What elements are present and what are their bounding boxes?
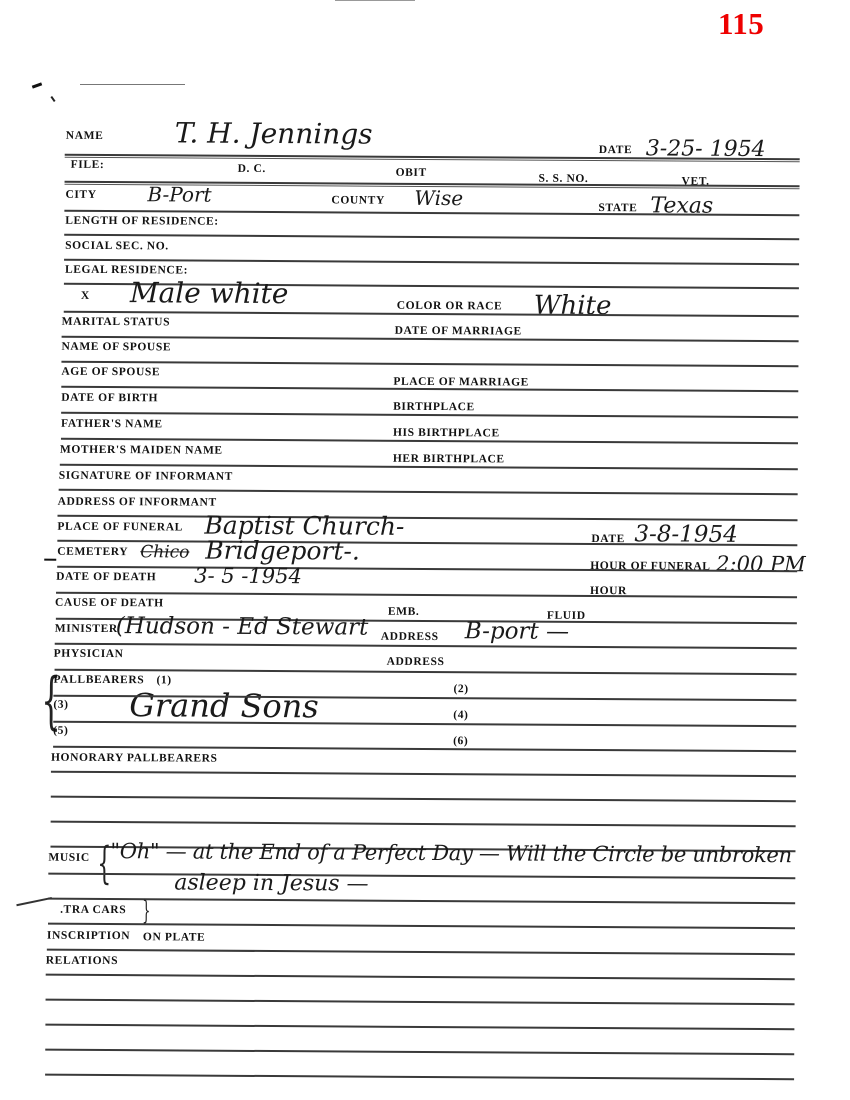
cemetery-label: CEMETERY [57, 546, 128, 558]
pallbearer-slot-6: (6) [453, 735, 468, 747]
minister-address-label: ADDRESS [381, 631, 439, 643]
county-value: Wise [414, 186, 463, 210]
obit-label: OBIT [396, 167, 427, 179]
place-of-funeral-label: PLACE OF FUNERAL [57, 521, 183, 534]
minister-value: (Hudson - Ed Stewart [116, 613, 369, 641]
pallbearer-slot-2: (2) [453, 683, 468, 695]
county-label: COUNTY [331, 194, 385, 206]
rule [51, 821, 796, 827]
music-brace-icon: { [97, 838, 111, 889]
rule [51, 796, 796, 802]
rule [45, 1074, 794, 1080]
date-of-birth-label: DATE OF BIRTH [61, 392, 158, 405]
rule [46, 974, 795, 980]
scan-mark [16, 897, 52, 906]
sex-value: Male white [130, 276, 289, 310]
date-of-death-value: 3- 5 -1954 [194, 564, 302, 589]
address-of-informant-label: ADDRESS OF INFORMANT [58, 496, 217, 509]
minister-address-value: B-port — [465, 618, 569, 645]
on-plate-label: ON PLATE [143, 931, 205, 943]
fathers-name-label: FATHER'S NAME [61, 418, 163, 431]
color-race-label: COLOR OR RACE [397, 300, 503, 313]
file-label: FILE: [71, 159, 105, 171]
rule [47, 949, 795, 955]
rule [56, 592, 797, 598]
length-of-residence-label: LENGTH OF RESIDENCE: [65, 215, 219, 228]
pallbearer-slot-1: (1) [156, 674, 171, 686]
scan-mark [44, 559, 56, 561]
rule [48, 898, 795, 904]
signature-of-informant-label: SIGNATURE OF INFORMANT [59, 470, 233, 483]
funeral-record-form: NAME T. H. Jennings DATE 3-25- 1954 FILE… [0, 0, 850, 1100]
date-of-marriage-label: DATE OF MARRIAGE [395, 325, 522, 338]
physician-address-label: ADDRESS [387, 656, 445, 668]
name-of-spouse-label: NAME OF SPOUSE [62, 341, 172, 354]
legal-residence-label: LEGAL RESIDENCE: [65, 264, 188, 277]
place-of-marriage-label: PLACE OF MARRIAGE [393, 376, 529, 389]
physician-label: PHYSICIAN [54, 648, 124, 660]
rule [48, 923, 795, 929]
relations-label: RELATIONS [46, 955, 118, 967]
hour-of-funeral-value: 2:00 PM [716, 552, 806, 577]
music-label: MUSIC [48, 852, 89, 864]
music-line-2: asleep in Jesus — [174, 870, 368, 896]
cause-of-death-label: CAUSE OF DEATH [55, 597, 164, 610]
rule [45, 1024, 794, 1030]
rule [45, 1049, 794, 1055]
rule [59, 489, 798, 495]
rule [55, 643, 797, 649]
pallbearer-slot-4: (4) [453, 709, 468, 721]
pallbearers-label: PALLBEARERS [53, 674, 144, 687]
inscription-label: INSCRIPTION [47, 930, 130, 943]
age-of-spouse-label: AGE OF SPOUSE [61, 366, 160, 379]
her-birthplace-label: HER BIRTHPLACE [393, 453, 505, 466]
emb-label: EMB. [388, 606, 420, 618]
mothers-maiden-name-label: MOTHER'S MAIDEN NAME [60, 444, 223, 457]
sex-label: X [81, 290, 90, 302]
rule [46, 999, 795, 1005]
rule [48, 873, 795, 879]
pallbearer-slot-3: (3) [53, 699, 68, 711]
cemetery-struck-value: Chico [140, 542, 189, 562]
honorary-pallbearers-label: HONORARY PALLBEARERS [51, 752, 218, 765]
extra-cars-label: .TRA CARS [60, 904, 126, 916]
rule [64, 234, 799, 240]
music-line-1: "Oh" — at the End of a Perfect Day — Wil… [110, 839, 792, 867]
birthplace-label: BIRTHPLACE [393, 401, 475, 413]
extra-cars-brace-icon: } [142, 896, 150, 926]
name-value: T. H. Jennings [175, 116, 373, 150]
pallbearer-slot-5: (5) [53, 725, 68, 737]
his-birthplace-label: HIS BIRTHPLACE [393, 427, 500, 440]
rule [58, 515, 798, 521]
minister-label: MINISTER [55, 623, 118, 635]
cemetery-value: Bridgeport-. [205, 536, 360, 566]
pallbearers-value: Grand Sons [129, 686, 319, 725]
rule [51, 771, 796, 777]
city-value: B-Port [147, 182, 211, 206]
rule [53, 746, 796, 752]
dc-label: D. C. [238, 163, 266, 175]
record-date-label: DATE [599, 144, 633, 156]
color-race-value: White [534, 291, 612, 321]
rule [61, 361, 798, 367]
name-label: NAME [66, 130, 104, 142]
marital-status-label: MARITAL STATUS [62, 316, 170, 329]
date-of-death-label: DATE OF DEATH [56, 571, 156, 584]
city-label: CITY [65, 189, 96, 201]
social-sec-label: SOCIAL SEC. NO. [65, 240, 169, 253]
